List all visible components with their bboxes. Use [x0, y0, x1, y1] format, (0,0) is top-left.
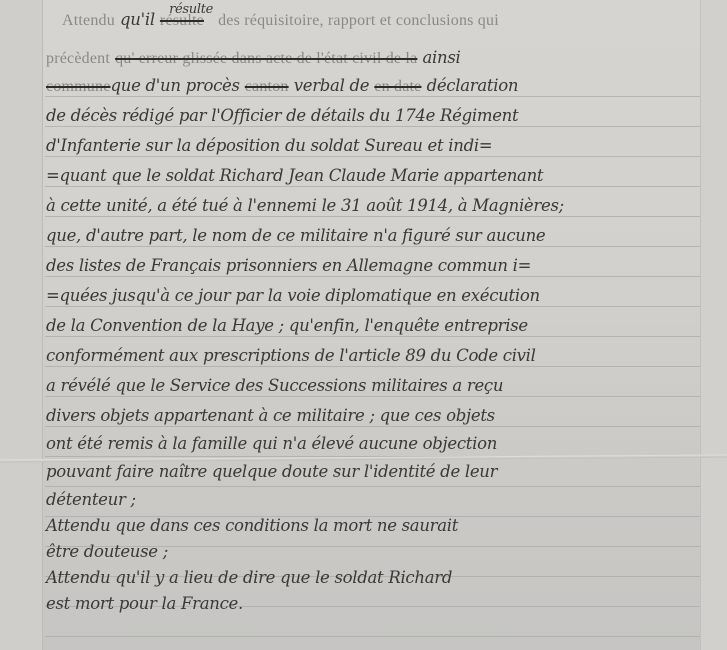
- left-margin: [0, 0, 43, 650]
- ruled-line: [45, 366, 700, 367]
- handwritten-superscript: résulte: [169, 2, 213, 17]
- text-line-18: Attendu que dans ces conditions la mort …: [46, 516, 458, 535]
- ruled-line: [45, 336, 700, 337]
- printed-text: des réquisitoire, rapport et conclusions…: [218, 12, 499, 29]
- text-line-4: de décès rédigé par l'Officier de détail…: [46, 106, 518, 125]
- document-page: Attendu qu'il résulte résulte des réquis…: [0, 0, 727, 650]
- text-line-13: a révélé que le Service des Successions …: [46, 376, 503, 395]
- struck-text: en date: [374, 78, 421, 95]
- ruled-line: [45, 636, 700, 637]
- text-line-6: =quant que le soldat Richard Jean Claude…: [46, 166, 543, 185]
- text-line-20: Attendu qu'il y a lieu de dire que le so…: [46, 568, 452, 587]
- ruled-line: [45, 126, 700, 127]
- ruled-line: [45, 306, 700, 307]
- text-line-8: que, d'autre part, le nom de ce militair…: [46, 226, 545, 245]
- handwritten-text: ainsi: [422, 48, 460, 67]
- text-line-10: =quées jusqu'à ce jour par la voie diplo…: [46, 286, 540, 305]
- ruled-line: [45, 246, 700, 247]
- ruled-line: [45, 186, 700, 187]
- struck-text: qu' erreur glissée dans acte de l'état c…: [115, 50, 417, 67]
- text-line-5: d'Infanterie sur la déposition du soldat…: [46, 136, 492, 155]
- ruled-line: [45, 426, 700, 427]
- ruled-line: [45, 156, 700, 157]
- text-line-9: des listes de Français prisonniers en Al…: [46, 256, 531, 275]
- text-line-12: conformément aux prescriptions de l'arti…: [46, 346, 536, 365]
- text-line-17: détenteur ;: [46, 490, 136, 509]
- handwritten-text: déclaration: [427, 76, 519, 95]
- printed-text: précèdent: [46, 50, 110, 67]
- handwritten-insert: qu'il: [120, 10, 155, 29]
- ruled-line: [45, 486, 700, 487]
- handwritten-text: verbal de: [294, 76, 370, 95]
- text-line-7: à cette unité, a été tué à l'ennemi le 3…: [46, 196, 564, 215]
- printed-text: Attendu: [62, 12, 115, 29]
- text-line-15: ont été remis à la famille qui n'a élevé…: [46, 434, 497, 453]
- text-line-1: Attendu qu'il résulte résulte des réquis…: [62, 10, 499, 30]
- ruled-line: [45, 96, 700, 97]
- ruled-line: [45, 216, 700, 217]
- ruled-line: [45, 276, 700, 277]
- struck-text: canton: [245, 78, 289, 95]
- text-line-11: de la Convention de la Haye ; qu'enfin, …: [46, 316, 528, 335]
- text-line-21: est mort pour la France.: [46, 594, 243, 613]
- right-margin: [700, 0, 727, 650]
- text-line-2: précèdent qu' erreur glissée dans acte d…: [46, 48, 460, 68]
- text-line-16: pouvant faire naître quelque doute sur l…: [46, 462, 497, 481]
- ruled-line: [45, 396, 700, 397]
- text-line-14: divers objets appartenant à ce militaire…: [46, 406, 495, 425]
- struck-text: commune: [46, 78, 111, 95]
- text-line-19: être douteuse ;: [46, 542, 168, 561]
- handwritten-text: que d'un procès: [111, 76, 240, 95]
- text-line-3: communeque d'un procès canton verbal de …: [46, 76, 518, 96]
